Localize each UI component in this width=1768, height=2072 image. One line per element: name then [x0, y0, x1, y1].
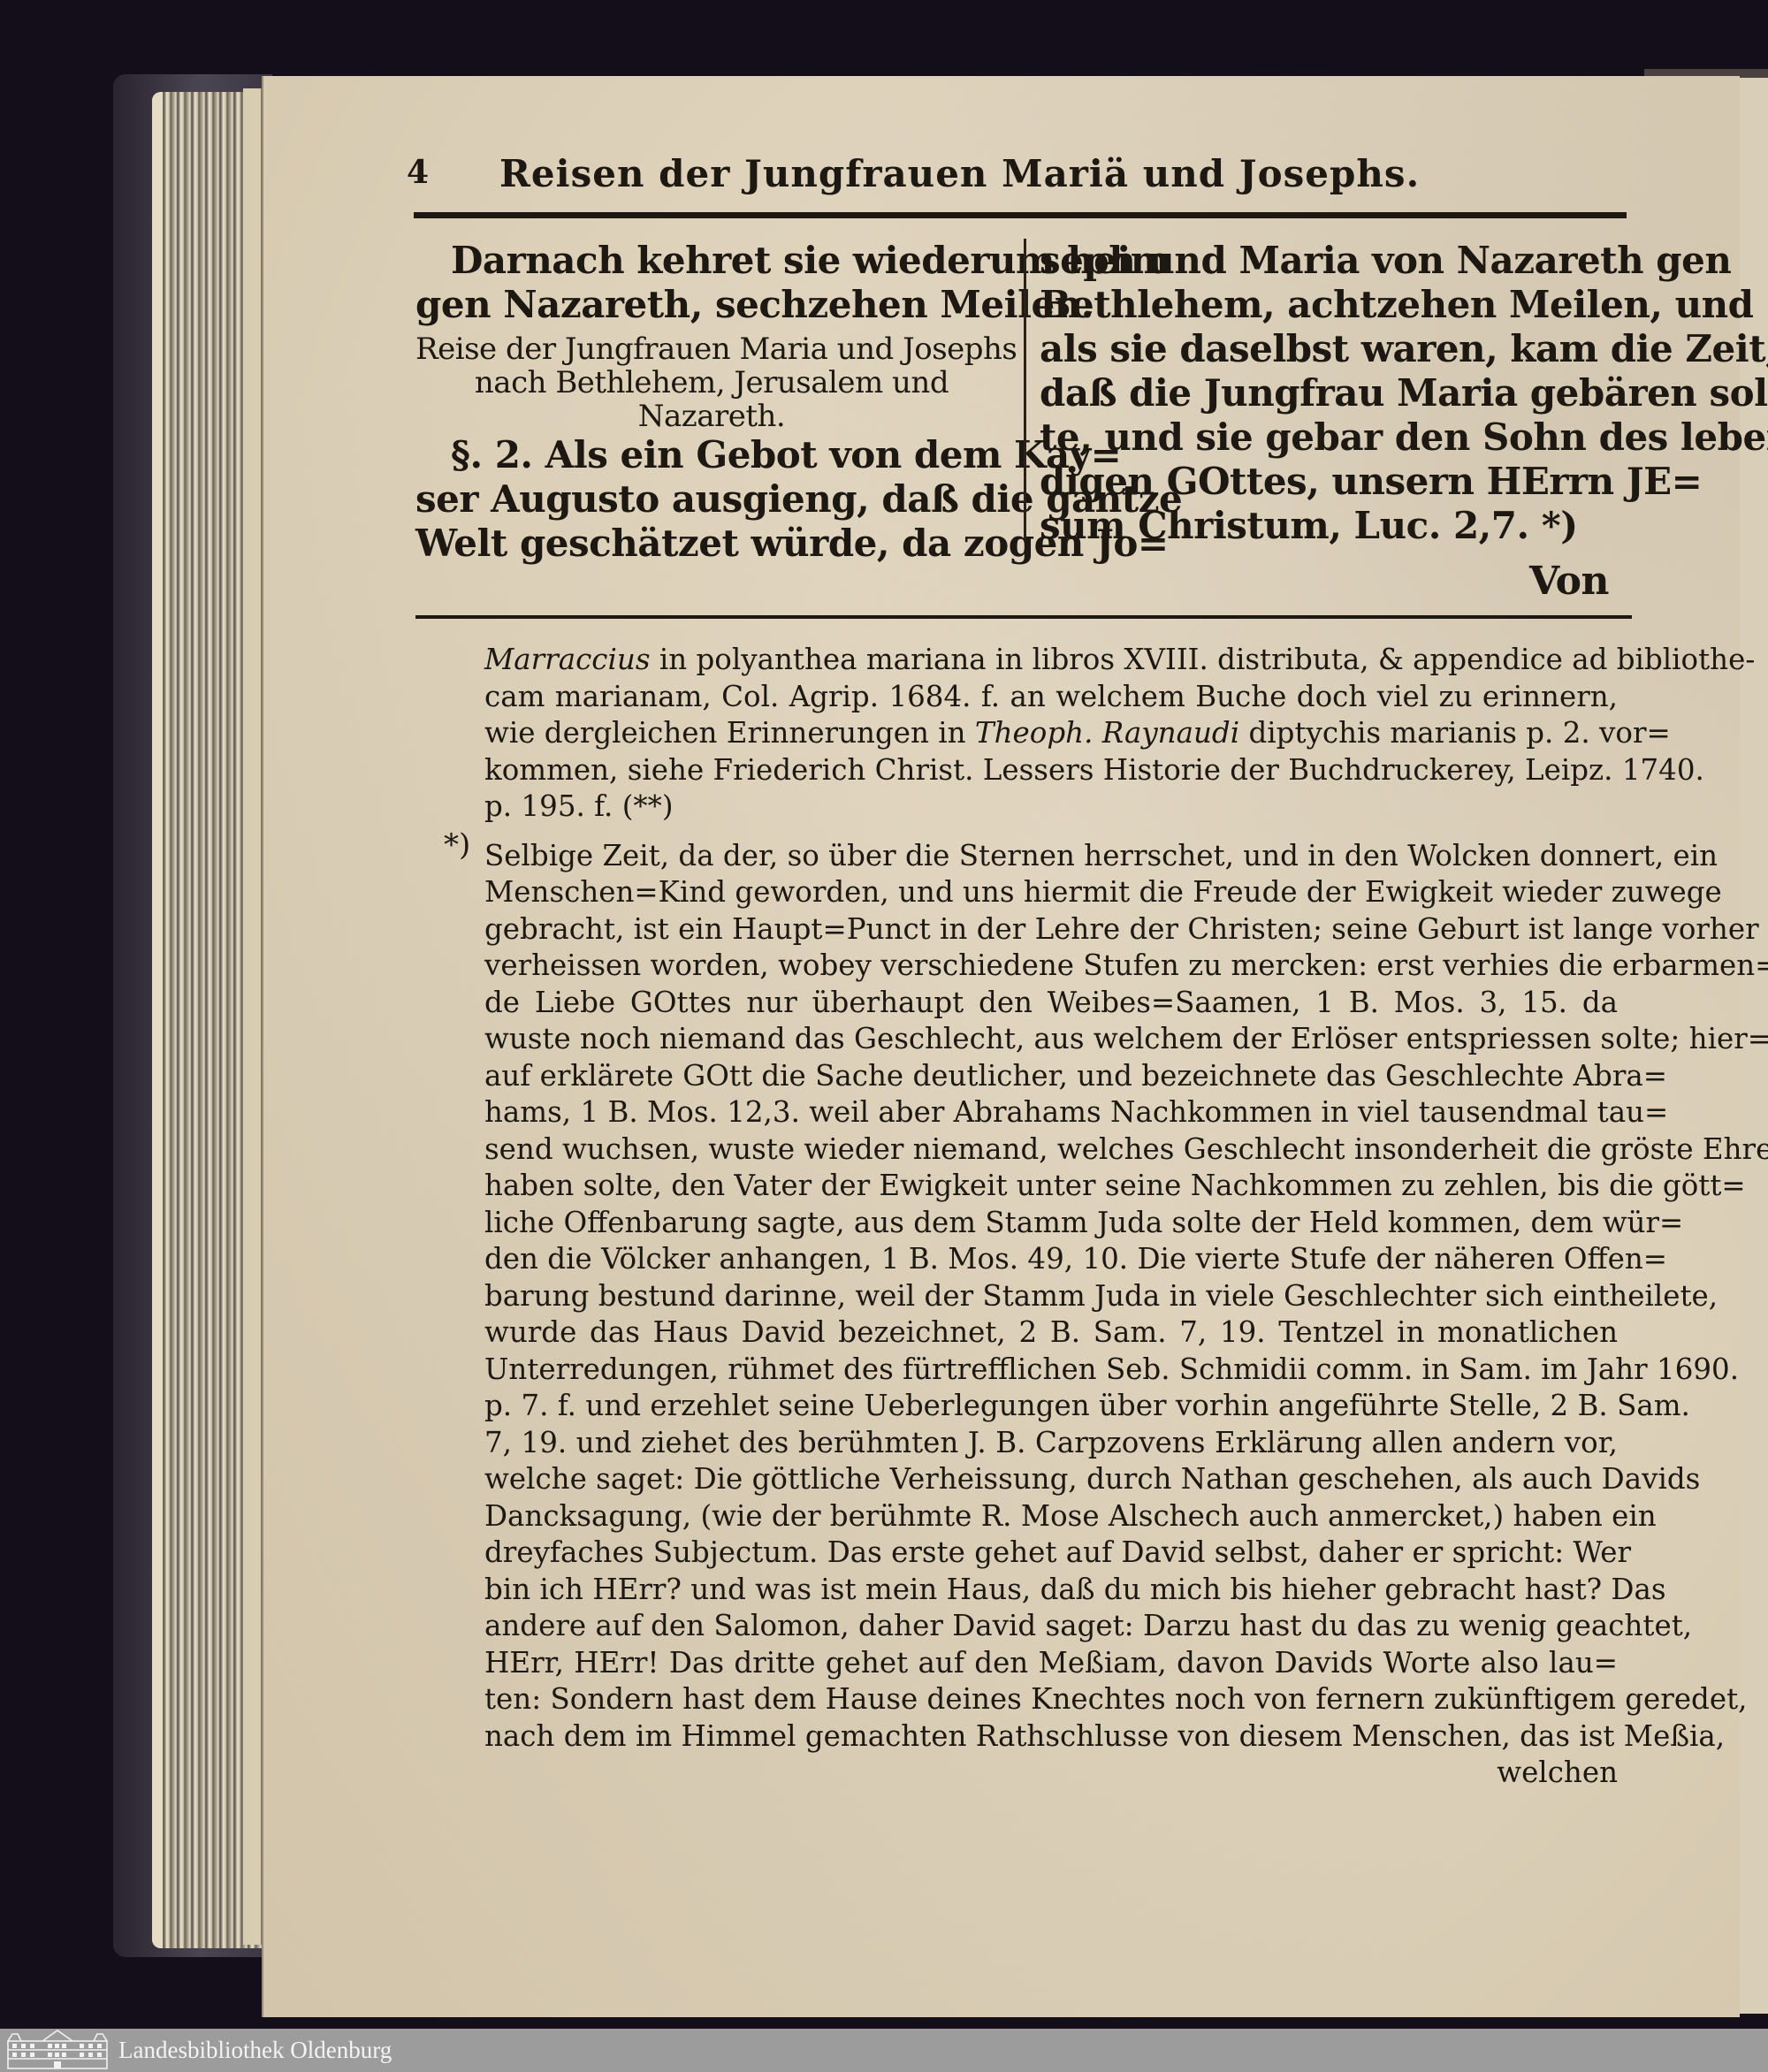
footnote-line: andere auf den Salomon, daher David sage… — [484, 1608, 1618, 1645]
footnote-marker: *) — [444, 827, 470, 863]
footnote-line: bin ich HErr? und was ist mein Haus, daß… — [484, 1572, 1618, 1609]
library-building-icon — [5, 2029, 110, 2069]
text-line: digen GOttes, unsern HErrn JE= — [1040, 460, 1632, 504]
text-line: te, und sie gebar den Sohn des leben= — [1040, 415, 1632, 460]
footnote-line: barung bestund darinne, weil der Stamm J… — [484, 1278, 1618, 1315]
running-head-title: Reisen der Jungfrauen Mariä und Josephs. — [499, 152, 1420, 195]
header-rule — [414, 212, 1627, 218]
footnote-line: cam marianam, Col. Agrip. 1684. f. an we… — [484, 679, 1618, 716]
subheading-line: Nazareth. — [415, 400, 1008, 433]
footnote-line: haben solte, den Vater der Ewigkeit unte… — [484, 1168, 1618, 1205]
running-head: 4 Reisen der Jungfrauen Mariä und Joseph… — [407, 152, 1627, 205]
subheading-line: Reise der Jungfrauen Maria und Josephs — [415, 332, 1008, 366]
footnote-line: wuste noch niemand das Geschlecht, aus w… — [484, 1021, 1618, 1058]
footnote-line: hams, 1 B. Mos. 12,3. weil aber Abrahams… — [484, 1094, 1618, 1131]
footnote-star: Selbige Zeit, da der, so über die Sterne… — [484, 838, 1618, 1792]
section-subheading: Reise der Jungfrauen Maria und Josephs n… — [415, 332, 1008, 433]
footnote-line: auf erklärete GOtt die Sache deutlicher,… — [484, 1058, 1618, 1095]
footnote-line: 7, 19. und ziehet des berühmten J. B. Ca… — [484, 1425, 1618, 1462]
section-paragraph-line: §. 2. Als ein Gebot von dem Kay= — [415, 433, 1008, 477]
page-block-inner-edge — [243, 88, 263, 1945]
footnote-rule — [415, 615, 1632, 619]
footnote-line: dreyfaches Subjectum. Das erste gehet au… — [484, 1535, 1618, 1572]
footnote-line: wurde das Haus David bezeichnet, 2 B. Sa… — [484, 1314, 1618, 1352]
footnote-line: Selbige Zeit, da der, so über die Sterne… — [484, 838, 1618, 875]
section-paragraph-line: Welt geschätzet würde, da zogen Jo= — [415, 522, 1008, 566]
footnote-line: gebracht, ist ein Haupt=Punct in der Leh… — [484, 911, 1618, 948]
footnote-line: HErr, HErr! Das dritte gehet auf den Meß… — [484, 1645, 1618, 1682]
footnote-line: Marraccius in polyanthea mariana in libr… — [484, 642, 1618, 679]
text-line: als sie daselbst waren, kam die Zeit, — [1040, 327, 1632, 371]
footnote-line: Menschen=Kind geworden, und uns hiermit … — [484, 874, 1618, 911]
author-name: Marraccius — [484, 643, 651, 676]
footnote-line: nach dem im Himmel gemachten Rathschluss… — [484, 1718, 1618, 1756]
footnote-line: send wuchsen, wuste wieder niemand, welc… — [484, 1131, 1618, 1169]
footnote-line: welche saget: Die göttliche Verheissung,… — [484, 1461, 1618, 1498]
page-number: 4 — [407, 154, 429, 191]
footnote-line: Unterredungen, rühmet des fürtrefflichen… — [484, 1352, 1618, 1389]
right-column: seph und Maria von Nazareth gen Bethlehe… — [1040, 239, 1632, 548]
text-line: seph und Maria von Nazareth gen — [1040, 239, 1632, 283]
text-line: sum Christum, Luc. 2,7. *) — [1040, 504, 1632, 548]
footnote-catchword: welchen — [484, 1755, 1618, 1792]
footnote-line: liche Offenbarung sagte, aus dem Stamm J… — [484, 1205, 1618, 1242]
footnote-line: de Liebe GOttes nur überhaupt den Weibes… — [484, 985, 1618, 1022]
column-divider — [1024, 239, 1026, 539]
catchword: Von — [1529, 559, 1609, 604]
footnote-line: Dancksagung, (wie der berühmte R. Mose A… — [484, 1498, 1618, 1535]
text-line: gen Nazareth, sechzehen Meilen. — [415, 283, 1008, 327]
footnote-line: wie dergleichen Erinnerungen in Theoph. … — [484, 715, 1618, 752]
library-name: Landesbibliothek Oldenburg — [118, 2037, 392, 2064]
text-line: Darnach kehret sie wiederum heim — [415, 239, 1008, 283]
footnote-line: kommen, siehe Friederich Christ. Lessers… — [484, 752, 1618, 789]
footnote-line: p. 195. f. (**) — [484, 788, 1618, 826]
footnote-line: verheissen worden, wobey verschiedene St… — [484, 948, 1618, 985]
footnote-line: ten: Sondern hast dem Hause deines Knech… — [484, 1681, 1618, 1718]
left-column: Darnach kehret sie wiederum heim gen Naz… — [415, 239, 1008, 566]
subheading-line: nach Bethlehem, Jerusalem und — [415, 366, 1008, 400]
footnotes: Marraccius in polyanthea mariana in libr… — [484, 642, 1618, 1792]
text-line: Bethlehem, achtzehen Meilen, und — [1040, 283, 1632, 327]
library-footer-bar: Landesbibliothek Oldenburg — [0, 2029, 1768, 2072]
text-line: daß die Jungfrau Maria gebären sol= — [1040, 371, 1632, 415]
footnote-line: den die Völcker anhangen, 1 B. Mos. 49, … — [484, 1241, 1618, 1278]
section-paragraph-line: ser Augusto ausgieng, daß die gantze — [415, 477, 1008, 522]
footnote-line: p. 7. f. und erzehlet seine Ueberlegunge… — [484, 1388, 1618, 1425]
cited-author: Theoph. Raynaudi — [975, 716, 1239, 750]
